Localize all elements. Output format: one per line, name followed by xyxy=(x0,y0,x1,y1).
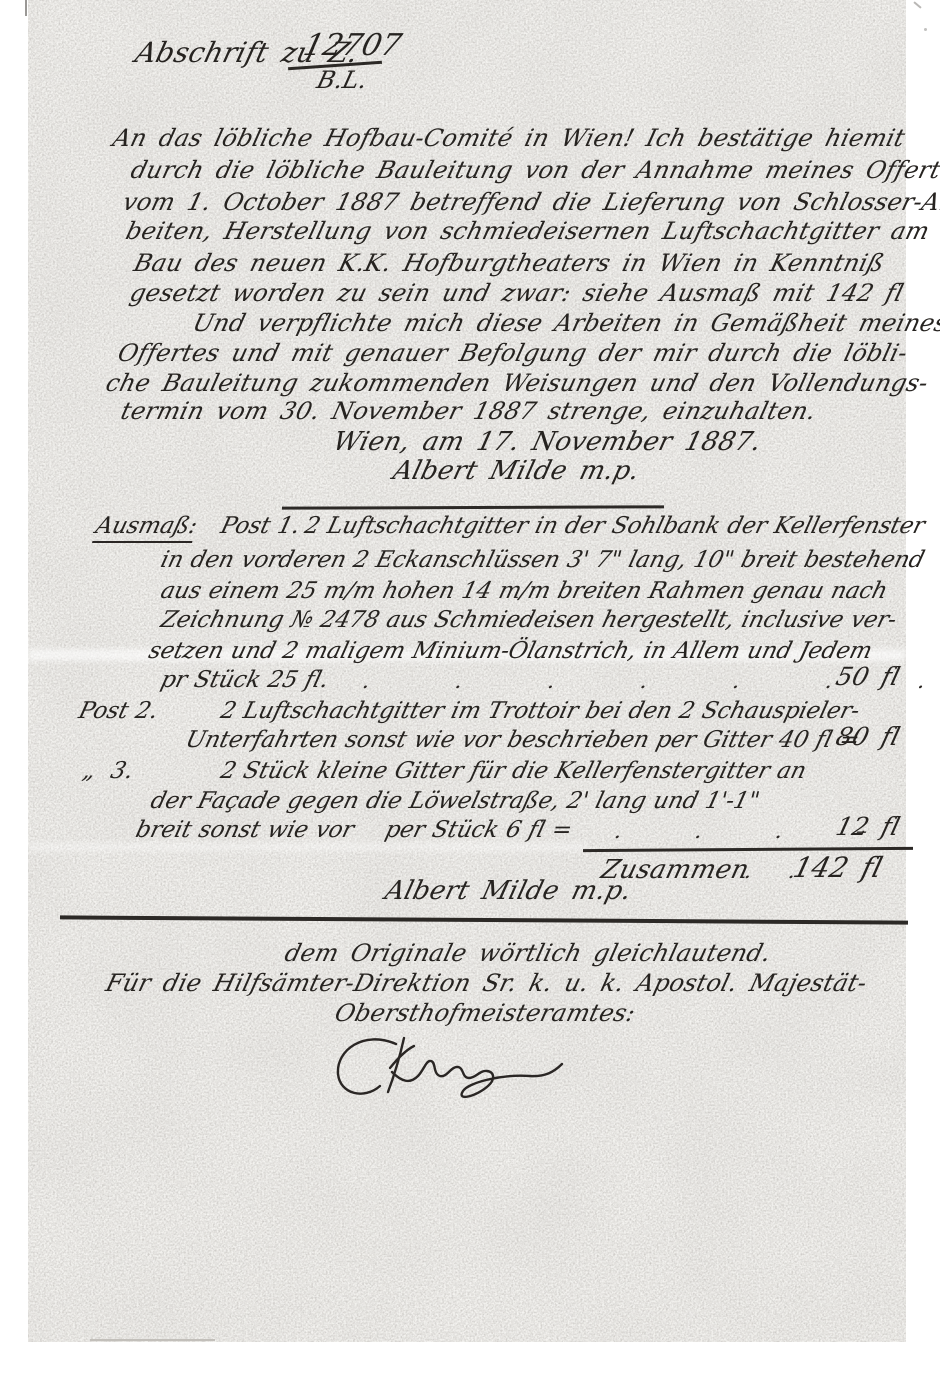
measure-signature: Albert Milde m.p. xyxy=(382,876,635,906)
corner-mark xyxy=(913,1,921,8)
dust-speck xyxy=(924,28,927,31)
post1-number: Post 1. xyxy=(218,513,303,539)
letter-line: che Bauleitung zukommenden Weisungen und… xyxy=(103,369,931,397)
post2-line: Unterfahrten sonst wie vor beschrieben p… xyxy=(183,727,862,753)
post1-line: setzen und 2 maligem Minium-Ölanstrich, … xyxy=(146,638,875,664)
letter-line: Offertes und mit genauer Befolgung der m… xyxy=(115,339,910,367)
header-number: 12707 xyxy=(300,28,405,63)
post3-price-line: breit sonst wie vor per Stück 6 fl = xyxy=(133,817,575,843)
post1-amount: 50 fl xyxy=(833,662,903,691)
total-amount: 142 fl xyxy=(790,851,886,884)
letter-line: Bau des neuen K.K. Hofburgtheaters in Wi… xyxy=(131,249,887,277)
post1-line: 2 Luftschachtgitter in der Sohlbank der … xyxy=(302,513,927,539)
post1-line: aus einem 25 m/m hohen 14 m/m breiten Ra… xyxy=(158,578,890,604)
scan-edge-mark xyxy=(25,0,27,16)
post1-price-line: pr Stück 25 fl. xyxy=(158,667,331,693)
certification-line: dem Originale wörtlich gleichlautend. xyxy=(282,939,774,967)
post2-amount: 80 fl xyxy=(833,722,903,751)
letter-line: An das löbliche Hofbau-Comité in Wien! I… xyxy=(110,124,908,152)
post2-line: 2 Luftschachtgitter im Trottoir bei den … xyxy=(218,698,862,724)
post3-line: 2 Stück kleine Gitter für die Kellerfens… xyxy=(218,758,809,784)
letter-line: termin vom 30. November 1887 strenge, ei… xyxy=(118,397,819,425)
post3-amount: 12 fl xyxy=(833,812,903,841)
post2-number: Post 2. xyxy=(76,698,161,724)
measure-label: Ausmaß: xyxy=(93,513,200,539)
letter-line: vom 1. October 1887 betreffend die Liefe… xyxy=(120,188,940,216)
letter-line: beiten, Herstellung von schmiedeisernen … xyxy=(123,217,932,245)
post3-number: „ 3. xyxy=(80,758,136,784)
post1-line: Zeichnung № 2478 aus Schmiedeisen herges… xyxy=(158,607,899,633)
post1-line: in den vorderen 2 Eckanschlüssen 3' 7" l… xyxy=(158,547,927,573)
letter-signature: Albert Milde m.p. xyxy=(390,456,643,486)
letter-date-line: Wien, am 17. November 1887. xyxy=(330,427,764,457)
paper-bottom-edge xyxy=(90,1339,215,1341)
certification-line: Für die Hilfsämter-Direktion Sr. k. u. k… xyxy=(103,969,870,997)
official-signature-flourish xyxy=(330,1028,630,1118)
dot-leader: . . . – xyxy=(612,819,870,844)
letter-line: durch die löbliche Bauleitung von der An… xyxy=(128,156,940,184)
fold-crease xyxy=(28,843,588,851)
measure-label-text: Ausmaß: xyxy=(92,513,200,543)
certification-line: Obersthofmeisteramtes: xyxy=(332,999,638,1027)
post3-line: der Façade gegen die Löwelstraße, 2' lan… xyxy=(148,788,762,814)
header-denominator: B.L. xyxy=(314,66,371,94)
letter-line: gesetzt worden zu sein und zwar: siehe A… xyxy=(127,279,907,307)
letter-line: Und verpflichte mich diese Arbeiten in G… xyxy=(190,309,940,337)
scanned-document-page: Abschrift zu Z. 12707 B.L. An das löblic… xyxy=(0,0,940,1377)
